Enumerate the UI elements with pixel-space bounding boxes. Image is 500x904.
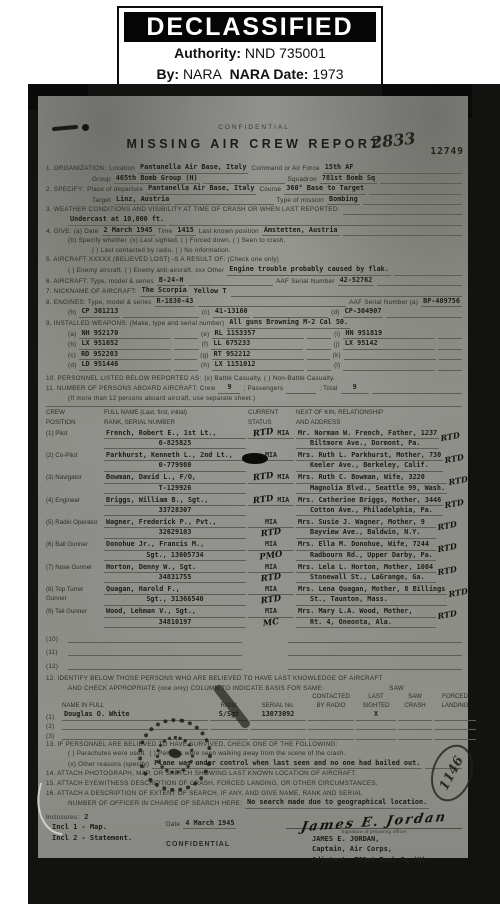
kin-line-2: St., Taunton, Mass. [296, 595, 447, 605]
blank-cell [250, 721, 306, 730]
crew-serial: 34810197 [104, 618, 246, 628]
authority-value: NND 735001 [245, 45, 326, 61]
crew-position: Ball Gunner [55, 541, 88, 548]
group-value: 465th Bomb Group (H) [114, 174, 200, 185]
crew-name: Quagan, Harold F., [104, 585, 246, 595]
item2-label: 2. SPECIFY: [46, 185, 84, 195]
crew-row-radio-operator: (5) Radio Operator Wagner, Frederick P.,… [46, 518, 462, 539]
crew-serial: Sgt., 13605734 [104, 551, 246, 561]
crew-num: (8) [46, 586, 54, 593]
status-typed: MIA [277, 496, 289, 504]
col-last: LAST [356, 693, 396, 702]
crew-position: Navigator [55, 474, 81, 481]
item4b-label: (b) Specify whether [68, 236, 127, 246]
last-position-value: Amstetten, Austria [262, 226, 340, 237]
command-value: 15th AF [323, 163, 356, 174]
weapon-g-label: (g) [200, 351, 208, 361]
col-by-radio: BY RADIO [308, 702, 354, 711]
survival-line-1: 13. IF PERSONNEL ARE BELIEVED TO HAVE SU… [46, 740, 462, 750]
departure-label: Place of departure [87, 185, 143, 195]
date-value: 2 March 1945 [102, 226, 155, 237]
authority-label: Authority: [174, 45, 241, 61]
location-value: Pantanella Air Base, Italy [138, 163, 248, 174]
kin-line-1: Mrs. Lena Quagan, Mother, 8 Billings [296, 585, 447, 595]
item15-label: 15. ATTACH EYEWITNESS DESCRIPTION OF CRA… [46, 779, 378, 789]
witness-radio-check [308, 711, 354, 720]
status-typed: MIA [277, 429, 289, 437]
status-typed: MIA [277, 473, 289, 481]
crew-blank-row: (10) [46, 629, 462, 643]
witness-row: (3) [46, 730, 462, 739]
item3-label: 3. WEATHER CONDITIONS AND VISIBILITY AT … [46, 205, 340, 215]
crew-position: Radio Operator [55, 519, 97, 526]
weapon-g-value: RT 952212 [212, 350, 304, 361]
report-number: 12749 [430, 146, 464, 157]
margin-rtd-annotation: RTD [447, 471, 474, 496]
witness-table-header-2: NAME IN FULL RANK SERIAL No. BY RADIO SI… [46, 702, 462, 711]
witness-table-header-1: CONTACTED LAST SAW FORCED [46, 693, 462, 702]
crew-num: (2) [46, 452, 54, 459]
engine-c-label: (c) [202, 308, 210, 318]
blank-cell [250, 730, 306, 739]
crew-name: Parkhurst, Kenneth L., 2nd Lt., [104, 451, 246, 461]
kin-line-1: Mrs. Catherine Briggs, Mother, 3446 [296, 496, 443, 506]
time-label: Time [158, 227, 173, 237]
col-crash: CRASH [398, 702, 432, 711]
weapons-row: (d) LD 951446 (h) LX 1151012 (l) [46, 360, 462, 371]
weapon-i-label: (i) [334, 330, 340, 340]
margin-rtd-annotation: RTD [436, 605, 463, 630]
identify-line-1: 12. IDENTIFY BELOW THOSE PERSONS WHO ARE… [46, 674, 462, 684]
crew-row-tail-gunner: (9) Tail Gunner Wood, Lehman V., Sgt.,34… [46, 607, 462, 628]
col-sighted: SIGHTED [356, 702, 396, 711]
item4b-options-2: ( ) Last contacted by radio, ( ) No info… [92, 246, 231, 256]
organization-line-1: 1. ORGANIZATION: Location Pantanella Air… [46, 163, 462, 174]
officer-rank: Captain, Air Corps, [286, 844, 462, 855]
margin-rtd-annotation: RTD [444, 494, 471, 519]
margin-rtd-annotation: RTD [436, 516, 463, 541]
weapons-row: (a) NH 952170 (e) RL 1153357 (i) HN 9518… [46, 329, 462, 340]
item10-label: 10. PERSONNEL LISTED BELOW REPORTED AS: [46, 374, 201, 384]
search-line-2: NUMBER OF OFFICER IN CHARGE OF SEARCH HE… [46, 798, 462, 809]
search-line-1: 16. ATTACH A DESCRIPTION OF EXTENT OF SE… [46, 789, 462, 799]
engine-d-label: (d) [331, 308, 339, 318]
engine-model-value: R-1830-43 [155, 297, 196, 308]
kin-line-1: Mrs. Lela L. Horton, Mother, 1004 [296, 563, 436, 573]
aaf-serial-value: 42-52762 [338, 276, 375, 287]
declassified-stamp: DECLASSIFIED Authority: NND 735001 By: N… [117, 6, 383, 90]
handwritten-report-number: 2833 [371, 129, 417, 153]
col-serial: SERIAL No. [250, 702, 306, 711]
item16-line-1: 16. ATTACH A DESCRIPTION OF EXTENT OF SE… [46, 789, 363, 799]
item6-label: 6. AIRCRAFT: Type, model & series [46, 277, 154, 287]
kin-line-2: Keeler Ave., Berkeley, Calif. [296, 461, 443, 471]
item7-label: 7. NICKNAME OF AIRCRAFT: [46, 287, 137, 297]
crew-serial: 33728307 [104, 506, 246, 516]
total-label: ; Total [319, 384, 337, 394]
crew-num: (1) [46, 430, 54, 437]
kin-line-1: Mrs. Ruth L. Parkhurst, Mother, 730 [296, 451, 443, 461]
crew-blank-row: (11) [46, 643, 462, 657]
engine-b-value: CP 301213 [79, 307, 120, 318]
crew-serial: Sgt., 31366540 [104, 595, 246, 605]
engine-serial-label: AAF Serial Number (a) [349, 298, 418, 308]
crew-num: (4) [46, 497, 54, 504]
engine-serial-a: BP-409756 [421, 297, 462, 308]
engine-c-value: 41-13160 [213, 307, 250, 318]
kin-line-2: Stonewall St., LaGrange, Ga. [296, 573, 436, 583]
kin-line-2: Cotton Ave., Philadelphia, Pa. [296, 506, 443, 516]
blank-row-num: (11) [46, 649, 58, 656]
attach-eyewitness-line: 15. ATTACH EYEWITNESS DESCRIPTION OF CRA… [46, 779, 462, 789]
specify-line-2: Target Linz, Austria Type of mission Bom… [46, 195, 462, 206]
col-saw: SAW [398, 693, 432, 702]
crew-name: Wood, Lehman V., Sgt., [104, 607, 246, 617]
weapon-h-label: (h) [201, 361, 209, 371]
date-value: 4 March 1945 [183, 819, 236, 830]
crew-serial: 0-825825 [104, 439, 246, 449]
nickname-extra: Yellow T [192, 287, 229, 297]
crew-num: (3) [46, 474, 54, 481]
survival-line-2: ( ) Parachutes were used. ( ) Persons we… [46, 749, 462, 759]
weapon-l-label: (l) [334, 361, 340, 371]
crew-name: Wagner, Frederick P., Pvt., [104, 518, 246, 528]
witness-row: (1) Douglas O. White S/Sgt 13073092 X [46, 710, 462, 720]
blank-row-num: (10) [46, 636, 58, 643]
officer-name: JAMES E. JORDAN, [286, 834, 462, 845]
margin-rtd-annotation: RTD [444, 449, 471, 474]
identify-line-2: AND CHECK APPROPRIATE (one only) COLUMN … [46, 684, 462, 694]
crew-serial: 34831755 [104, 573, 246, 583]
personnel-reported-line: 10. PERSONNEL LISTED BELOW REPORTED AS: … [46, 374, 462, 384]
weapon-f-value: LL 675233 [211, 339, 303, 350]
weapon-d-value: LD 951446 [79, 360, 171, 371]
by-value: NARA [183, 66, 222, 82]
item12-text-1: 12. IDENTIFY BELOW THOSE PERSONS WHO ARE… [46, 674, 383, 684]
kin-line-1: Mrs. Mary L.A. Wood, Mother, [296, 607, 436, 617]
declassified-title: DECLASSIFIED [124, 12, 376, 42]
item16-value: No search made due to geographical locat… [245, 798, 429, 809]
margin-rtd-annotation: RTD [436, 538, 463, 563]
witness-num: (3) [46, 733, 60, 740]
squadron-label: Squadron [288, 175, 317, 185]
declassified-authority-line: Authority: NND 735001 [124, 44, 376, 63]
item5-label: 5. AIRCRAFT XXXXX (BELIEVED LOST) -S A R… [46, 255, 279, 265]
crew-serial: 0-779980 [104, 461, 246, 471]
lost-cause-line-2: ( ) Enemy aircraft, ( ) Enemy anti-aircr… [46, 265, 462, 276]
nara-date-label: NARA Date: [230, 66, 309, 82]
page-title: MISSING AIR CREW REPORT [126, 137, 381, 151]
weapon-e-value: RL 1153357 [212, 329, 304, 340]
crew-row-top-turret-gunner: (8) Top Turret Gunner Quagan, Harold F.,… [46, 585, 462, 606]
crew-name: Donohue Jr., Francis M., [104, 540, 246, 550]
blank-cell [398, 730, 432, 739]
margin-rtd-annotation: RTD [436, 561, 463, 586]
blank-cell [434, 730, 476, 739]
witness-landing-check [434, 711, 476, 720]
title-block: MISSING AIR CREW REPORT 2833 12749 [46, 135, 462, 153]
location-label: Location [109, 164, 135, 174]
col-landing: LANDING [434, 702, 476, 711]
weapon-a-value: NH 952170 [79, 329, 171, 340]
weapon-k-value [344, 359, 436, 360]
item9-label: 9. INSTALLED WEAPONS: (Make, type and se… [46, 319, 224, 329]
other-cause-value: Engine trouble probably caused by flak. [227, 265, 391, 276]
weapon-j-label: (j) [334, 340, 340, 350]
engines-line-2: (b) CP 301213 (c) 41-13160 (d) CP-304907 [46, 307, 462, 318]
weapon-c-label: (c) [68, 351, 76, 361]
weapon-c-value: RD 952203 [79, 350, 171, 361]
crew-position: Nose Gunner [55, 564, 92, 571]
crew-header-kin-2: AND ADDRESS [296, 418, 436, 427]
kin-line-1: Mrs. Ruth C. Bowman, Wife, 3220 [296, 473, 447, 483]
kin-line-2: Biltmore Ave., Dormont, Pa. [296, 439, 439, 449]
weapon-e-label: (e) [201, 330, 209, 340]
witness-num: (2) [46, 723, 60, 730]
lost-cause-line-1: 5. AIRCRAFT XXXXX (BELIEVED LOST) -S A R… [46, 255, 462, 265]
crew-header-name-2: RANK, SERIAL NUMBER [104, 418, 246, 427]
crew-num: (5) [46, 519, 54, 526]
kin-line-1: Mrs. Susie J. Wagner, Mother, 9 [296, 518, 436, 528]
item10-options: (x) Battle Casualty, ( ) Non-Battle Casu… [204, 374, 335, 384]
item11-note: (If more than 12 persons aboard aircraft… [68, 394, 255, 404]
crew-name: French, Robert E., 1st Lt., [104, 429, 246, 439]
crew-row-pilot: (1) Pilot French, Robert E., 1st Lt.,0-8… [46, 429, 462, 450]
group-label: Group [92, 175, 111, 185]
target-value: Linz, Austria [114, 195, 171, 206]
blank-cell [308, 721, 354, 730]
weapon-h-value: LX 1151012 [212, 360, 304, 371]
command-label: Command or Air Force [251, 164, 319, 174]
item13-opt3-label: (x) Other reasons (specify) [68, 760, 149, 770]
mission-label: Type of mission [277, 196, 325, 206]
blank-cell [398, 721, 432, 730]
crew-header-kin-1: NEXT OF KIN, RELATIONSHIP [296, 408, 436, 417]
give-line-2: (b) Specify whether (x) Last sighted, ( … [46, 236, 462, 246]
blank-cell [356, 730, 396, 739]
total-count: 9 [341, 383, 369, 394]
item12-text-2: AND CHECK APPROPRIATE (one only) COLUMN … [68, 684, 324, 694]
classification-bottom: CONFIDENTIAL [166, 841, 286, 848]
witness-serial: 13073092 [250, 710, 306, 720]
weapon-f-label: (f) [202, 340, 209, 350]
crew-name: Briggs, William B., Sgt., [104, 496, 246, 506]
weapon-a-label: (a) [68, 330, 76, 340]
crew-row-nose-gunner: (7) Nose Gunner Horton, Denny W., Sgt.34… [46, 563, 462, 584]
passengers-label: ; Passengers [243, 384, 283, 394]
weapon-b-label: (b) [68, 340, 76, 350]
crew-table-header: CREW FULL NAME (Last, first, initial) CU… [46, 406, 462, 417]
crew-row-ball-gunner: (6) Ball Gunner Donohue Jr., Francis M.,… [46, 540, 462, 561]
declassified-by-line: By: NARA NARA Date: 1973 [124, 65, 376, 84]
col-forced: FORCED [434, 693, 476, 702]
witness-sighted-check: X [356, 710, 396, 720]
crew-row-engineer: (4) Engineer Briggs, William B., Sgt.,33… [46, 496, 462, 517]
crew-position: Pilot [55, 430, 67, 437]
item12-saw-word: SAW [389, 684, 462, 694]
weapons-note: All guns Browning M-2 Cal 50. [227, 318, 350, 329]
nickname-line: 7. NICKNAME OF AIRCRAFT: The Scorpia Yel… [46, 286, 462, 297]
crew-row-copilot: (2) Co-Pilot Parkhurst, Kenneth L., 2nd … [46, 451, 462, 472]
squadron-value: 781st Bomb Sq [320, 174, 377, 185]
crew-row-navigator: (3) Navigator Bowman, David L., F/O,T-12… [46, 473, 462, 494]
crew-header-position-2: POSITION [46, 418, 102, 427]
crew-blank-row: (12) [46, 656, 462, 670]
item4b-options-1: (x) Last sighted, ( ) Forced down, ( ) S… [130, 236, 286, 246]
last-position-label: Last known position [199, 227, 259, 237]
date-block: Date 4 March 1945 CONFIDENTIAL [166, 813, 286, 866]
weather-value: Undercast at 10,000 ft. [68, 215, 166, 226]
weapons-row: (b) LX 951652 (f) LL 675233 (j) LX 95142 [46, 339, 462, 350]
crew-position: Co-Pilot [55, 452, 77, 459]
status-handwritten: RTD [252, 427, 274, 439]
col-contacted: CONTACTED [308, 693, 354, 702]
inclosures-count: 2 [82, 813, 90, 823]
give-line-1: 4. GIVE: (a) Date 2 March 1945 Time 1415… [46, 226, 462, 237]
date-label: Date [166, 820, 180, 830]
item16-line-2: NUMBER OF OFFICER IN CHARGE OF SEARCH HE… [68, 799, 242, 809]
kin-line-2: Rt. 4, Oneonta, Ala. [296, 618, 436, 628]
footer: Inclosures: 2 Incl 1 - Map. Incl 2 - Sta… [46, 813, 462, 866]
engines-line-1: 8. ENGINES: Type, model & series R-1830-… [46, 297, 462, 308]
course-label: Course [259, 185, 281, 195]
departure-value: Pantanella Air Base, Italy [146, 184, 256, 195]
blank-cell [308, 730, 354, 739]
officer-title: Adjutant, 781st Bomb Sq (H). [286, 855, 462, 866]
kin-line-2: Radbourn Rd., Upper Darby, Pa. [296, 551, 436, 561]
by-label: By: [156, 66, 179, 82]
weapon-d-label: (d) [68, 361, 76, 371]
crew-position: Engineer [55, 497, 80, 504]
organization-line-2: Group 465th Bomb Group (H) Squadron 781s… [46, 174, 462, 185]
weapon-b-value: LX 951652 [79, 339, 171, 350]
time-value: 1415 [175, 226, 195, 237]
document-scan: CONFIDENTIAL MISSING AIR CREW REPORT 283… [28, 84, 500, 904]
blank-row-num: (12) [46, 663, 58, 670]
crew-count: 9 [218, 383, 240, 394]
specify-line-1: 2. SPECIFY: Place of departure Pantanell… [46, 184, 462, 195]
ink-blot [242, 453, 268, 464]
item11-label: 11. NUMBER OF PERSONS ABOARD AIRCRAFT: C… [46, 384, 215, 394]
weather-line-1: 3. WEATHER CONDITIONS AND VISIBILITY AT … [46, 205, 462, 215]
kin-line-1: Mrs. Ella M. Donohue, Wife, 7244 [296, 540, 436, 550]
nickname-value: The Scorpia [140, 286, 189, 297]
crew-serial: T-129926 [104, 484, 246, 494]
weapons-row: (c) RD 952203 (g) RT 952212 (k) [46, 350, 462, 361]
witness-row: (2) [46, 721, 462, 730]
weather-line-2: Undercast at 10,000 ft. [46, 215, 462, 226]
blank-cell [434, 721, 476, 730]
crew-num: (6) [46, 541, 54, 548]
aaf-serial-label: AAF Serial Number [276, 277, 335, 287]
engine-d-value: CP-304907 [343, 307, 384, 318]
weapon-l-value [343, 370, 435, 371]
aircraft-model-value: B-24-H [157, 276, 186, 287]
crew-header-position-1: CREW [46, 408, 102, 417]
item8-label: 8. ENGINES: Type, model & series [46, 298, 152, 308]
blank-cell [356, 721, 396, 730]
give-line-3: ( ) Last contacted by radio, ( ) No info… [46, 246, 462, 256]
witness-num: (1) [46, 714, 60, 721]
crew-name: Horton, Denny W., Sgt. [104, 563, 246, 573]
margin-rtd-annotation: RTD [440, 427, 467, 452]
kin-line-2: Magnolia Blvd., Seattle 99, Wash. [296, 484, 447, 494]
kin-line-2: Bayview Ave., Baldwin, N.Y. [296, 528, 436, 538]
crew-header-name-1: FULL NAME (Last, first, initial) [104, 408, 246, 417]
blank-cell [210, 730, 248, 739]
margin-rtd-annotation: RTD [448, 583, 475, 608]
item5-options: ( ) Enemy aircraft, ( ) Enemy anti-aircr… [68, 266, 224, 276]
inclosure-2: Incl 2 - Statement. [46, 833, 166, 844]
pen-mark [82, 124, 89, 131]
crew-serial: 32629103 [104, 528, 246, 538]
kin-line-1: Mr. Norman W. French, Father, 1237 [296, 429, 439, 439]
crew-num: (7) [46, 564, 54, 571]
report-page: CONFIDENTIAL MISSING AIR CREW REPORT 283… [38, 96, 468, 858]
weapons-header: 9. INSTALLED WEAPONS: (Make, type and se… [46, 318, 462, 329]
engine-b-label: (b) [68, 308, 76, 318]
item4-label: 4. GIVE: (a) Date [46, 227, 99, 237]
weapon-i-value: HN 951819 [343, 329, 435, 340]
weapon-j-value: LX 95142 [343, 339, 435, 350]
item13-opt1: ( ) Parachutes were used. [68, 749, 146, 759]
crew-table-header-2: POSITION RANK, SERIAL NUMBER STATUS AND … [46, 418, 462, 427]
passengers-count [286, 393, 316, 394]
signature-block: James E. Jordan Signature of preparing o… [286, 813, 462, 866]
item1-label: 1. ORGANIZATION: [46, 164, 106, 174]
persons-aboard-note: (If more than 12 persons aboard aircraft… [46, 394, 462, 404]
persons-aboard-line: 11. NUMBER OF PERSONS ABOARD AIRCRAFT: C… [46, 383, 462, 394]
crew-name: Bowman, David L., F/O, [104, 473, 246, 483]
crew-header-status-1: CURRENT [248, 408, 294, 417]
survival-line-3: (x) Other reasons (specify) Plane was un… [46, 759, 462, 770]
status-handwritten: RTD [252, 494, 274, 506]
crew-num: (9) [46, 608, 54, 615]
col-name: NAME IN FULL [62, 702, 208, 711]
course-value: 360° Base to Target [284, 184, 366, 195]
aircraft-line: 6. AIRCRAFT: Type, model & series B-24-H… [46, 276, 462, 287]
weapon-k-label: (k) [333, 351, 341, 361]
status-handwritten: RTD [252, 472, 274, 484]
mission-value: Bombing [327, 195, 360, 206]
circled-number-text: 1146 [437, 754, 467, 793]
attach-photo-line: 14. ATTACH PHOTOGRAPH, MAP, OR SKETCH SH… [46, 769, 462, 779]
target-label: Target [92, 196, 111, 206]
witness-crash-check [398, 711, 432, 720]
crew-position: Tail Gunner [55, 608, 87, 615]
nara-date-value: 1973 [312, 66, 343, 82]
